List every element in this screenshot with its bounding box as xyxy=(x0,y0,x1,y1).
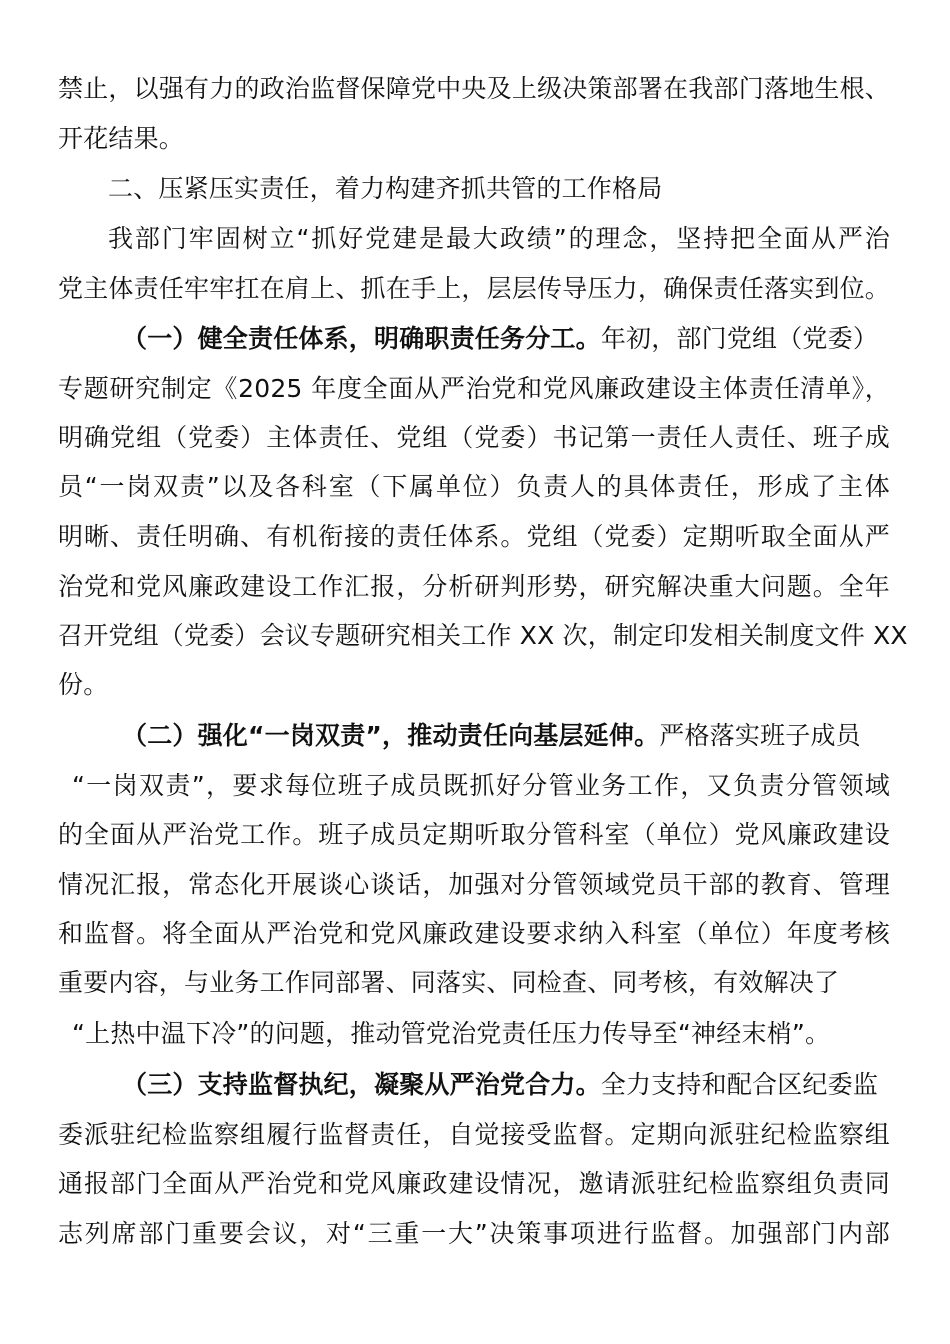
section-heading: 二、压紧压实责任，着力构建齐抓共管的工作格局 xyxy=(108,169,890,209)
subsection-heading: （一）健全责任体系，明确职责任务分工。 xyxy=(122,324,601,353)
paragraph-line: 专题研究制定《2025 年度全面从严治党和党风廉政建设主体责任清单》， xyxy=(58,369,890,409)
document-page: 禁止，以强有力的政治监督保障党中央及上级决策部署在我部门落地生根、 开花结果。 … xyxy=(0,0,950,1344)
paragraph-line: 我部门牢固树立“抓好党建是最大政绩”的理念，坚持把全面从严治 xyxy=(108,219,890,259)
subsection-heading: （二）强化“一岗双责”，推动责任向基层延伸。 xyxy=(122,721,659,750)
paragraph-line: 明晰、责任明确、有机衔接的责任体系。党组（党委）定期听取全面从严 xyxy=(58,517,890,557)
paragraph-line: 的全面从严治党工作。班子成员定期听取分管科室（单位）党风廉政建设 xyxy=(58,815,890,855)
paragraph-line: 禁止，以强有力的政治监督保障党中央及上级决策部署在我部门落地生根、 xyxy=(58,69,890,109)
paragraph-text: 年初，部门党组（党委） xyxy=(601,324,878,353)
paragraph-text: 严格落实班子成员 xyxy=(659,721,861,750)
subsection-line: （一）健全责任体系，明确职责任务分工。年初，部门党组（党委） xyxy=(122,319,890,359)
paragraph-line: “上热中温下冷”的问题，推动管党治党责任压力传导至“神经末梢”。 xyxy=(72,1014,890,1054)
paragraph-line: 开花结果。 xyxy=(58,119,890,159)
subsection-line: （三）支持监督执纪，凝聚从严治党合力。全力支持和配合区纪委监 xyxy=(122,1065,890,1105)
subsection-line: （二）强化“一岗双责”，推动责任向基层延伸。严格落实班子成员 xyxy=(122,716,890,756)
subsection-heading: （三）支持监督执纪，凝聚从严治党合力。 xyxy=(122,1070,601,1099)
paragraph-line: 治党和党风廉政建设工作汇报，分析研判形势，研究解决重大问题。全年 xyxy=(58,567,890,607)
paragraph-line: 份。 xyxy=(58,665,890,705)
paragraph-line: “一岗双责”，要求每位班子成员既抓好分管业务工作，又负责分管领域 xyxy=(72,766,890,806)
paragraph-line: 重要内容，与业务工作同部署、同落实、同检查、同考核，有效解决了 xyxy=(58,963,890,1003)
paragraph-line: 委派驻纪检监察组履行监督责任，自觉接受监督。定期向派驻纪检监察组 xyxy=(58,1115,890,1155)
paragraph-line: 志列席部门重要会议，对“三重一大”决策事项进行监督。加强部门内部 xyxy=(58,1214,890,1254)
paragraph-line: 和监督。将全面从严治党和党风廉政建设要求纳入科室（单位）年度考核 xyxy=(58,914,890,954)
paragraph-line: 员“一岗双责”以及各科室（下属单位）负责人的具体责任，形成了主体 xyxy=(58,467,890,507)
paragraph-line: 情况汇报，常态化开展谈心谈话，加强对分管领域党员干部的教育、管理 xyxy=(58,865,890,905)
paragraph-line: 明确党组（党委）主体责任、党组（党委）书记第一责任人责任、班子成 xyxy=(58,418,890,458)
paragraph-line: 党主体责任牢牢扛在肩上、抓在手上，层层传导压力，确保责任落实到位。 xyxy=(58,269,890,309)
paragraph-line: 通报部门全面从严治党和党风廉政建设情况，邀请派驻纪检监察组负责同 xyxy=(58,1164,890,1204)
paragraph-text: 全力支持和配合区纪委监 xyxy=(601,1070,878,1099)
paragraph-line: 召开党组（党委）会议专题研究相关工作 XX 次，制定印发相关制度文件 XX xyxy=(58,616,890,656)
